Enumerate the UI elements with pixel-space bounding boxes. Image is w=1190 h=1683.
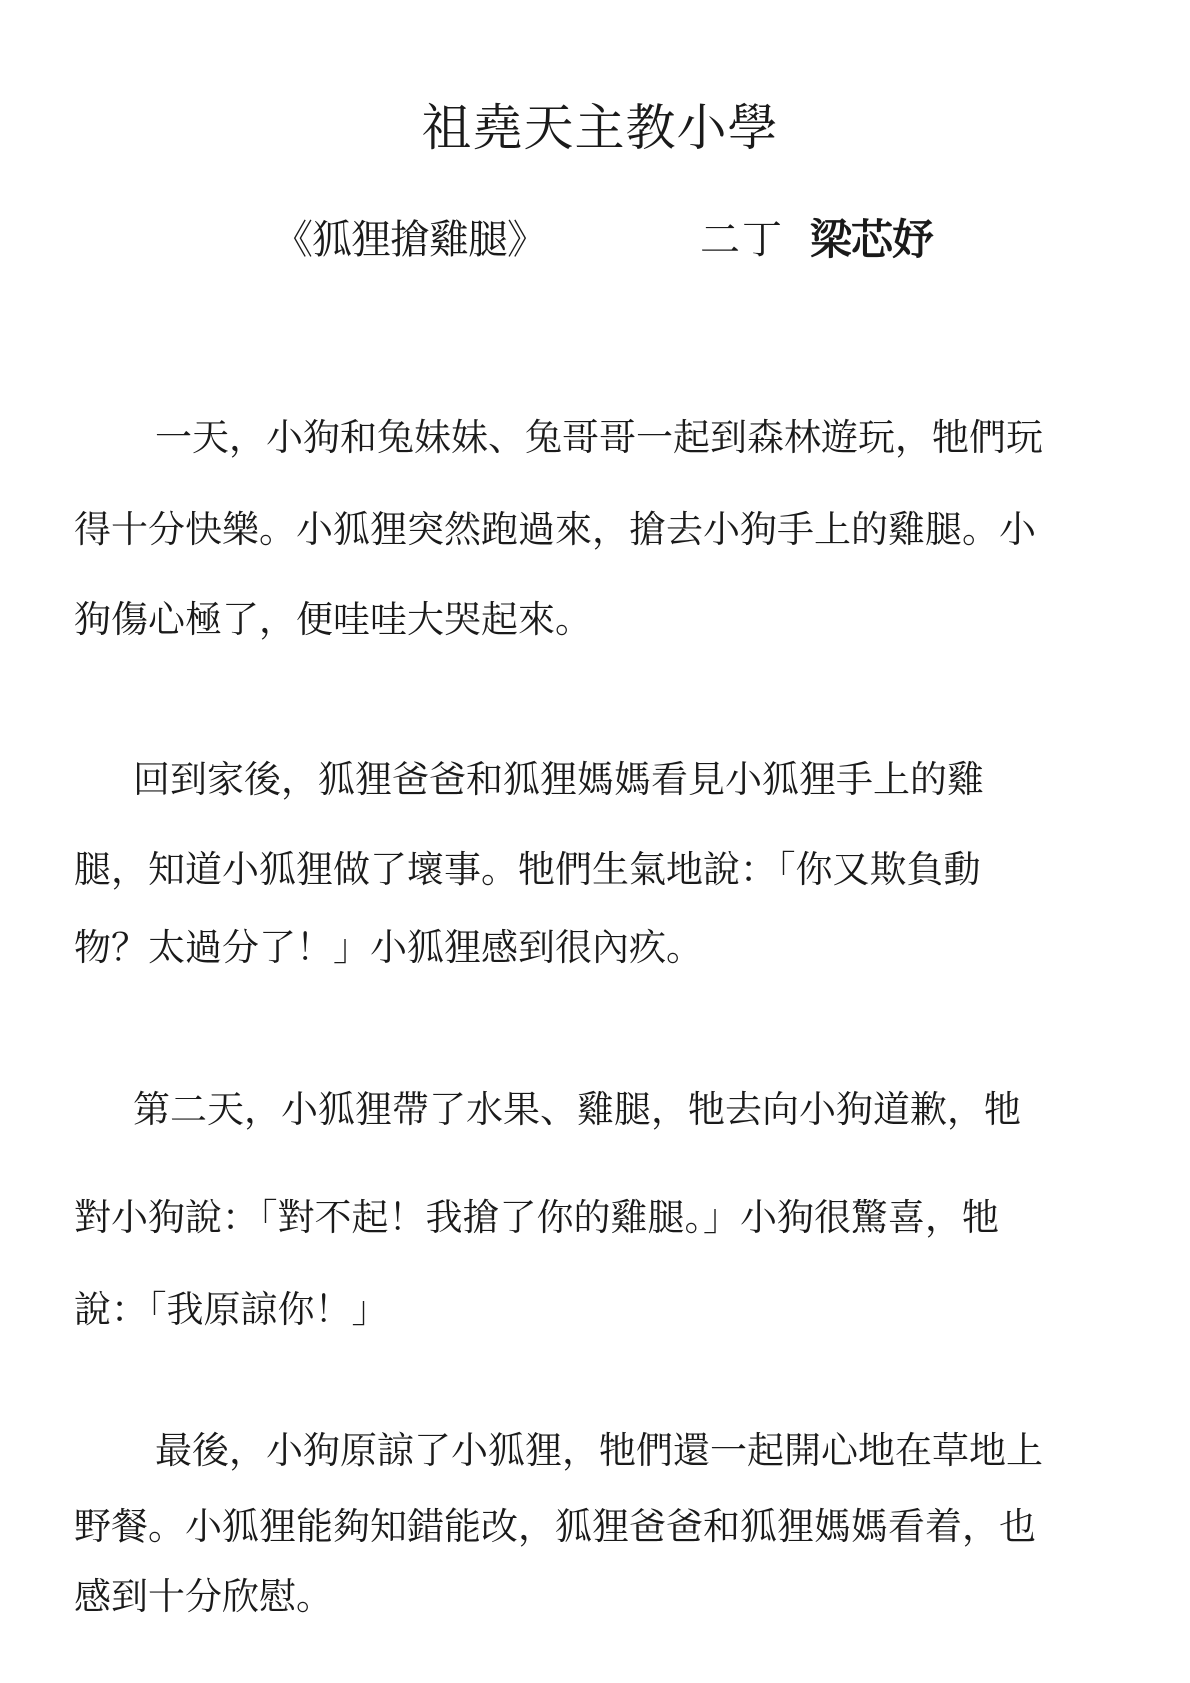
story-title: 《狐狸搶雞腿》 xyxy=(273,212,546,268)
paragraph-line: 狗傷心極了，便哇哇大哭起來。 xyxy=(74,596,592,644)
document-page: 祖堯天主教小學 《狐狸搶雞腿》 二丁 梁芯妤 一天，小狗和兔妹妹、兔哥哥一起到森… xyxy=(0,0,1190,1683)
school-name-heading: 祖堯天主教小學 xyxy=(0,98,1190,158)
paragraph-line: 回到家後，狐狸爸爸和狐狸媽媽看見小狐狸手上的雞 xyxy=(133,756,984,804)
paragraph-line: 說：「我原諒你！」 xyxy=(74,1286,389,1334)
paragraph-line: 第二天，小狐狸帶了水果、雞腿，牠去向小狗道歉，牠 xyxy=(133,1086,1021,1134)
story-header: 《狐狸搶雞腿》 二丁 梁芯妤 xyxy=(0,212,1190,268)
paragraph-line: 對小狗說：「對不起！我搶了你的雞腿。」小狗很驚喜，牠 xyxy=(74,1194,999,1242)
author-name: 梁芯妤 xyxy=(810,212,933,268)
paragraph-line: 得十分快樂。小狐狸突然跑過來，搶去小狗手上的雞腿。小 xyxy=(74,506,1036,554)
paragraph-line: 野餐。小狐狸能夠知錯能改，狐狸爸爸和狐狸媽媽看着，也 xyxy=(74,1503,1036,1551)
paragraph-line: 腿，知道小狐狸做了壞事。牠們生氣地說：「你又欺負動 xyxy=(74,846,981,894)
paragraph-line: 一天，小狗和兔妹妹、兔哥哥一起到森林遊玩，牠們玩 xyxy=(155,414,1043,462)
paragraph-line: 最後，小狗原諒了小狐狸，牠們還一起開心地在草地上 xyxy=(155,1427,1043,1475)
author-class: 二丁 xyxy=(700,212,784,268)
paragraph-line: 感到十分欣慰。 xyxy=(74,1573,333,1621)
paragraph-line: 物？太過分了！」小狐狸感到很內疚。 xyxy=(74,924,703,972)
